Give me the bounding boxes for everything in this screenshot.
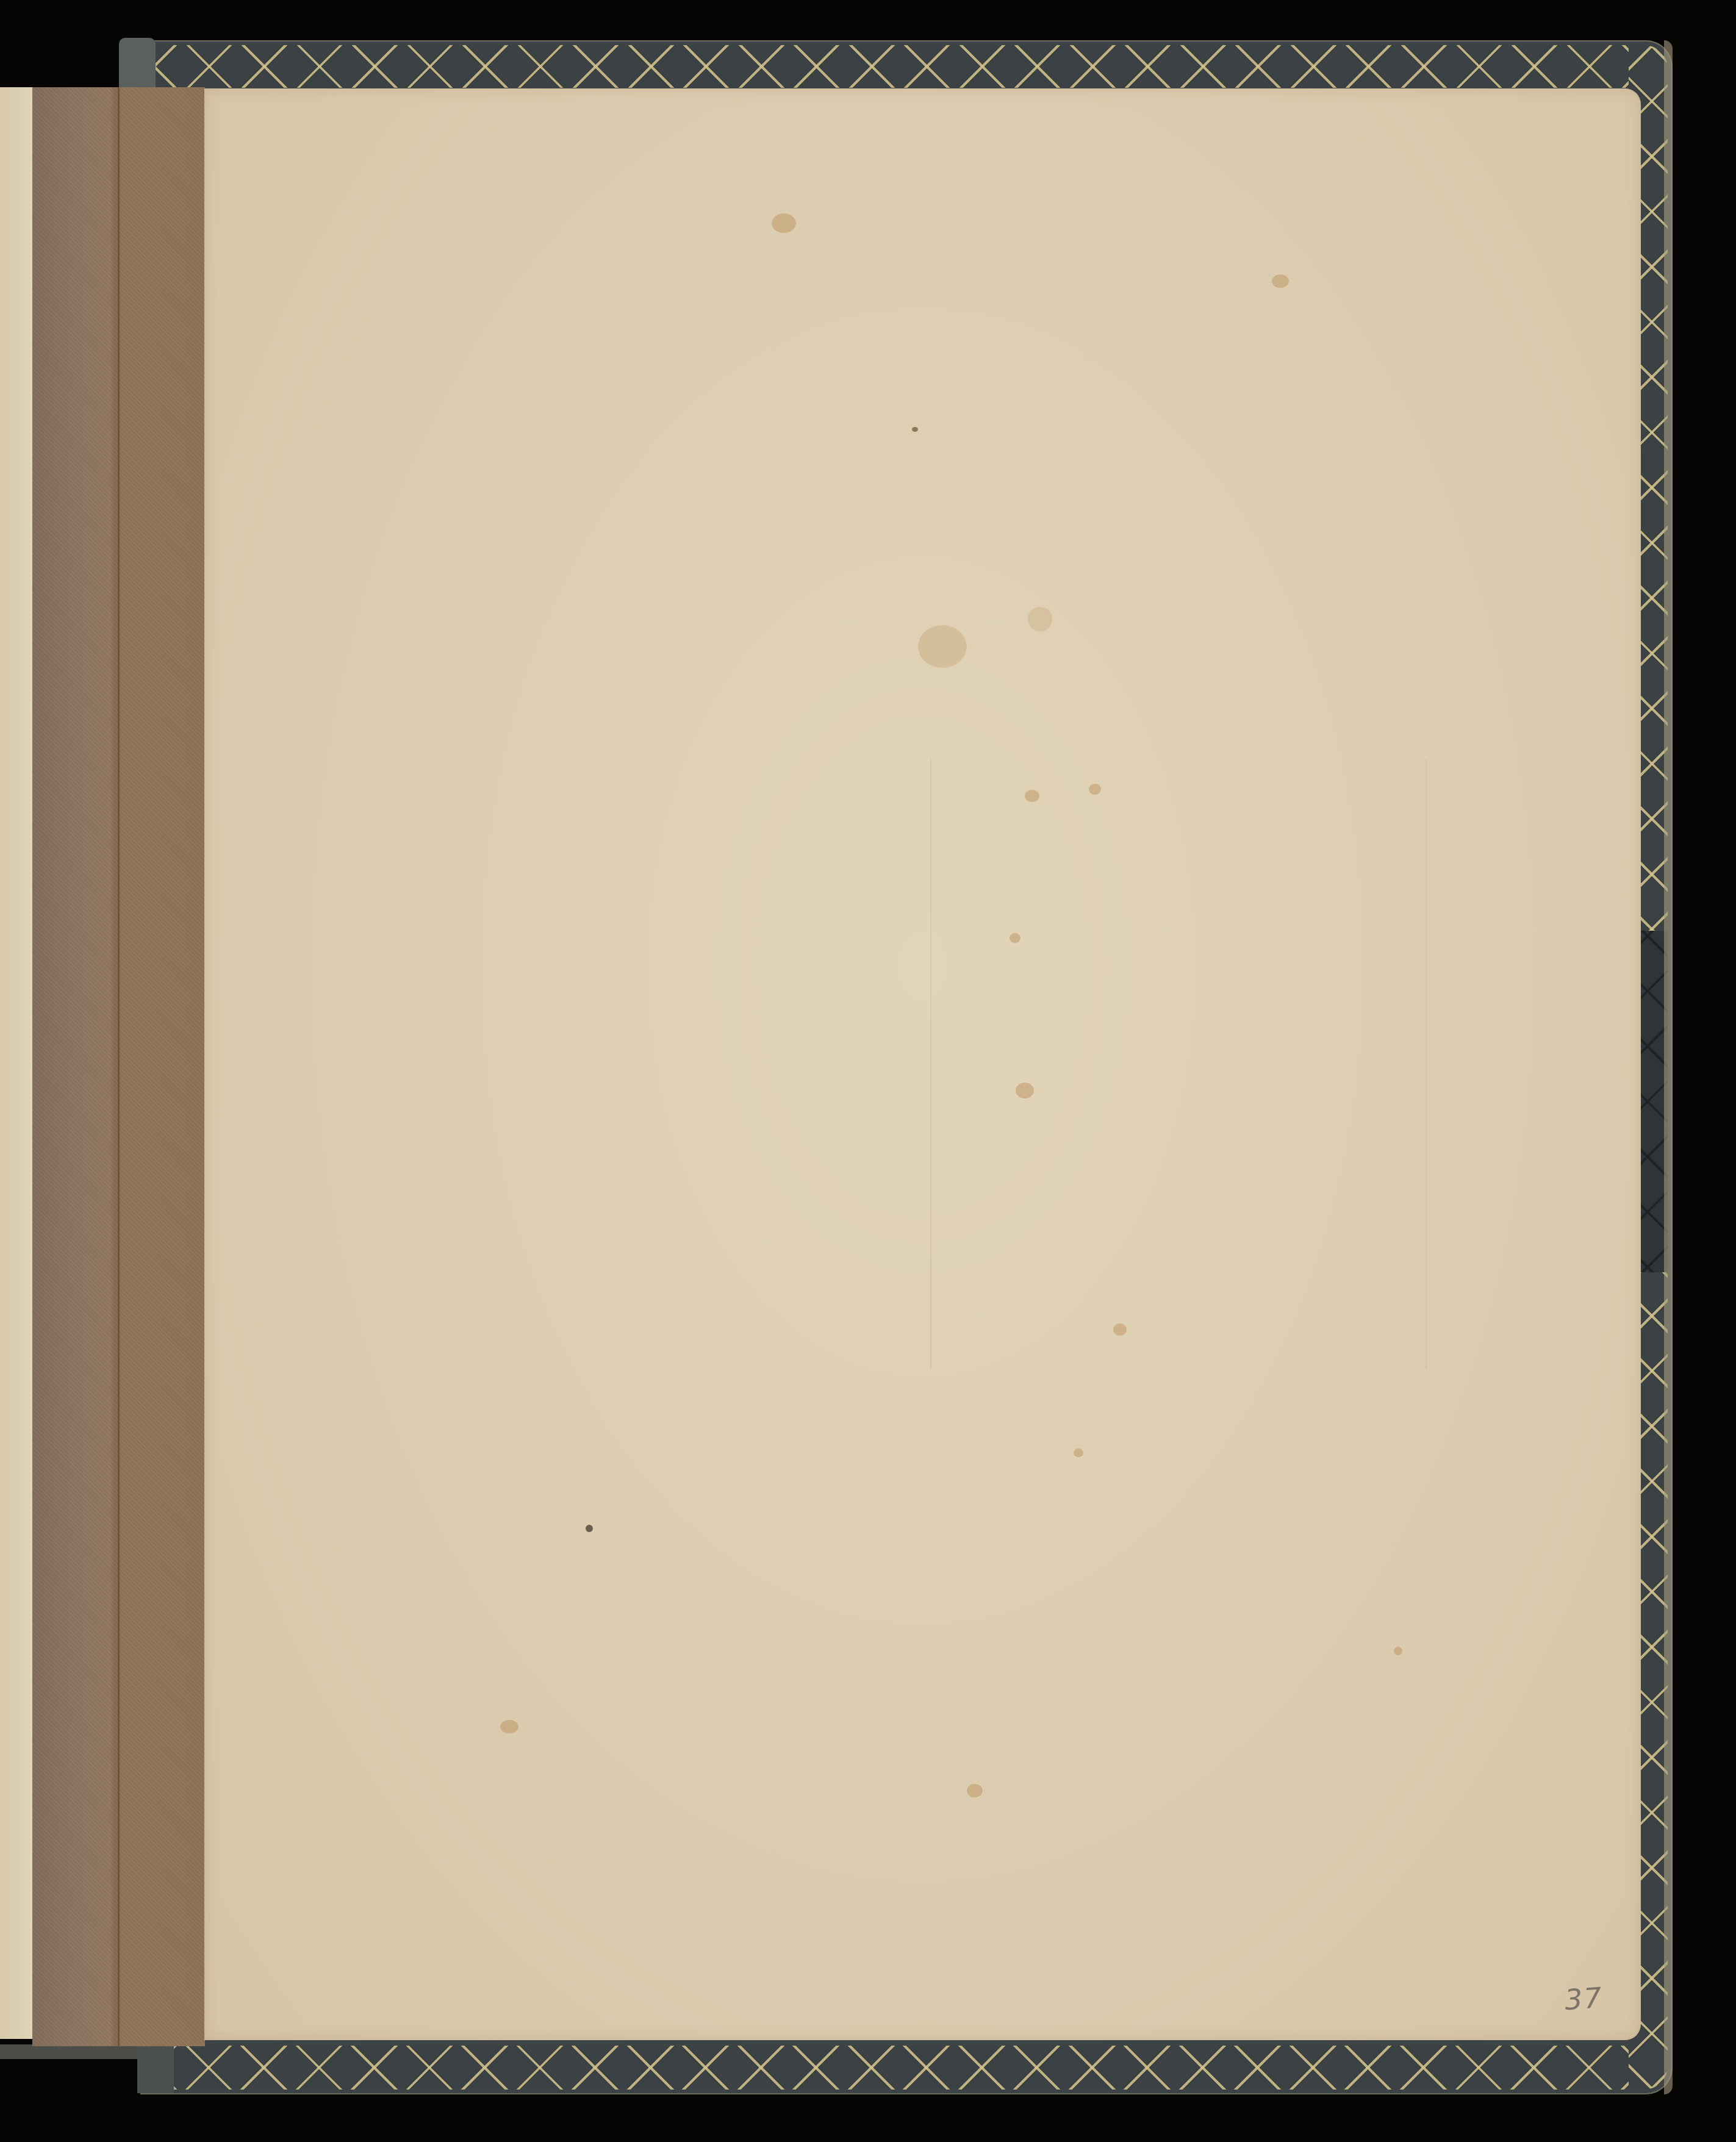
cover-edge [1664,40,1673,2094]
foxing-spot [1016,1083,1034,1098]
album-page: 37 [204,88,1641,2040]
left-page-edge [0,87,35,2039]
foxing-spot [1272,274,1289,288]
gilt-border-bottom [151,2046,1637,2090]
spine-tailcap [137,2044,174,2093]
foxing-spot [1089,784,1101,795]
foxing-spot [912,427,918,432]
foxing-spot [1113,1324,1127,1336]
foxing-spot [1074,1449,1083,1457]
hinge-fold-line [118,87,120,2046]
page-number: 37 [1563,1981,1604,2016]
foxing-spot [772,213,796,233]
foxing-spot [1028,607,1052,631]
foxing-spot [918,625,967,668]
foxing-spot [500,1720,518,1733]
cloth-hinge [32,87,205,2046]
foxing-spot [586,1525,593,1532]
foxing-spot [1025,790,1039,802]
scan-background: 37 [0,0,1736,2142]
foxing-spot [1010,933,1020,943]
foxing-spot [1394,1647,1402,1655]
spine-headcap [119,38,156,90]
offset-impression [930,759,1427,1369]
gilt-border-top [151,45,1637,88]
foxing-spot [967,1784,983,1797]
spine-tail-left [0,2044,140,2059]
